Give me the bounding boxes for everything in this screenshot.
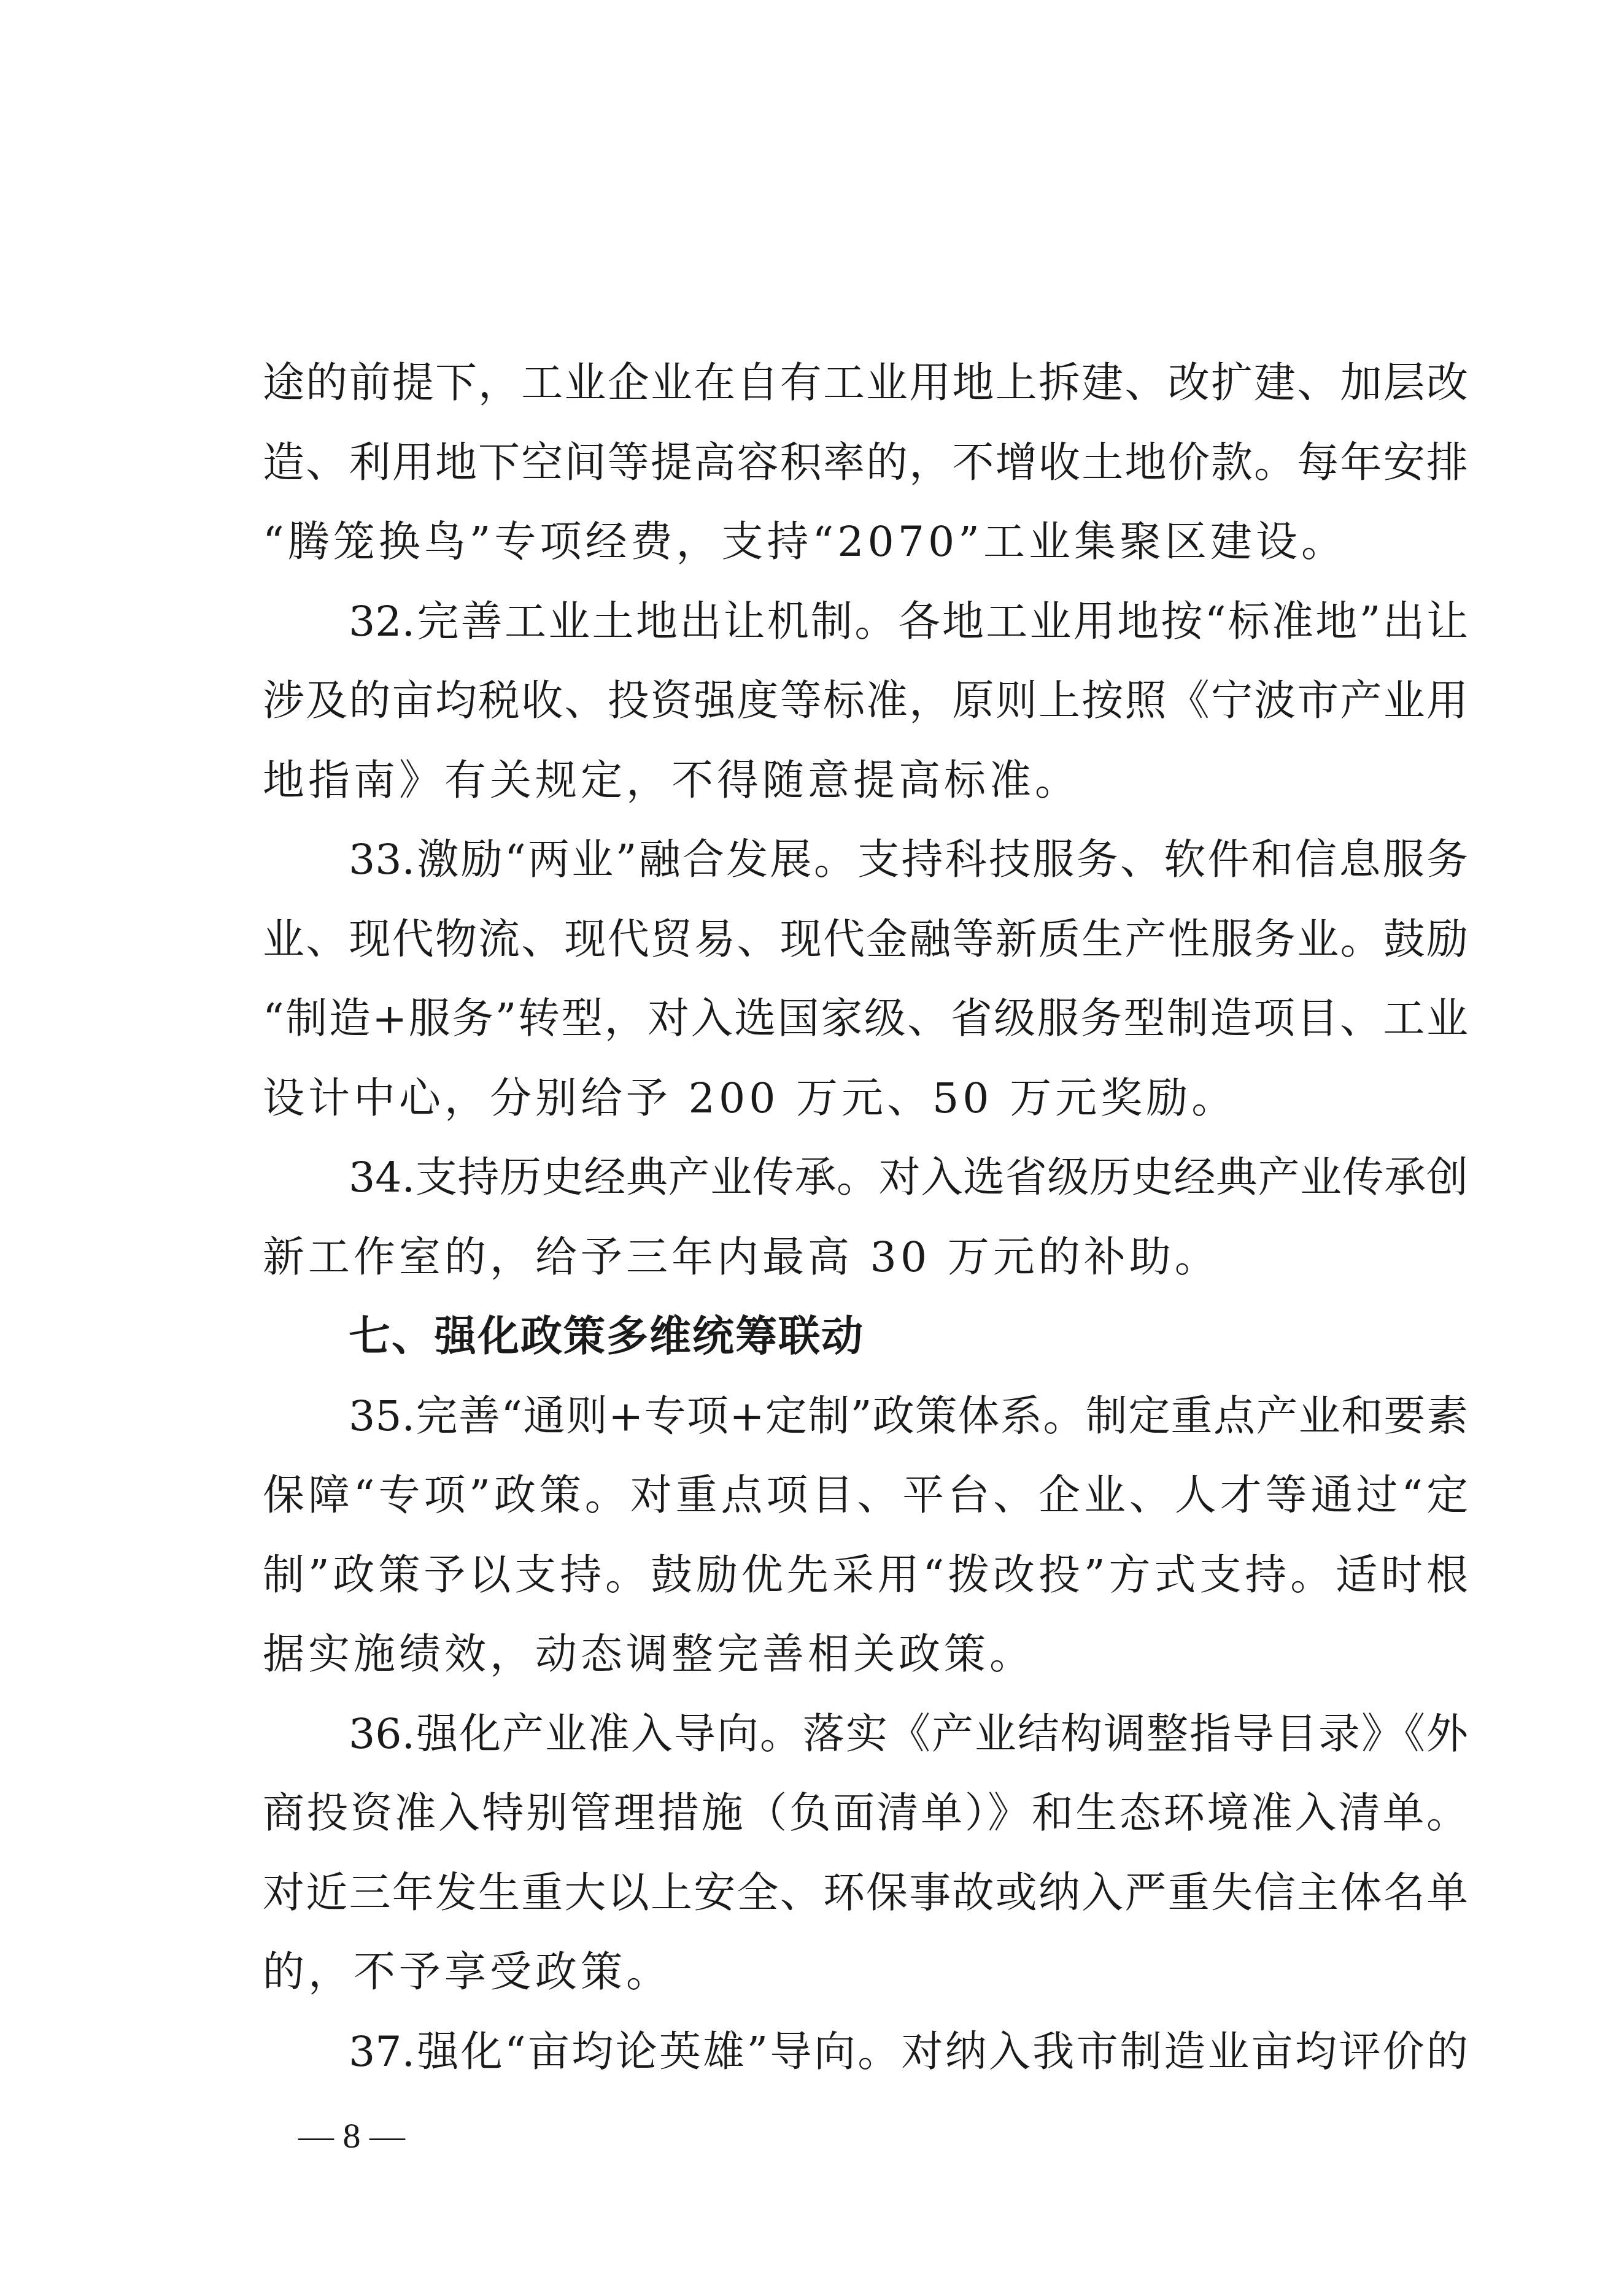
paragraph-31-line-3: “腾笼换鸟”专项经费，支持“2070”工业集聚区建设。 <box>263 510 1468 590</box>
paragraph-36-line-1: 36.强化产业准入导向。落实《产业结构调整指导目录》《外 <box>263 1702 1468 1782</box>
paragraph-32-line-1: 32.完善工业土地出让机制。各地工业用地按“标准地”出让 <box>263 590 1468 669</box>
paragraph-36-line-2: 商投资准入特别管理措施（负面清单）》和生态环境准入清单。 <box>263 1781 1468 1861</box>
document-page: 途的前提下，工业企业在自有工业用地上拆建、改扩建、加层改 造、利用地下空间等提高… <box>0 0 1624 2296</box>
document-body: 途的前提下，工业企业在自有工业用地上拆建、改扩建、加层改 造、利用地下空间等提高… <box>263 351 1468 2099</box>
paragraph-37-line-1: 37.强化“亩均论英雄”导向。对纳入我市制造业亩均评价的 <box>263 2020 1468 2100</box>
paragraph-31-line-2: 造、利用地下空间等提高容积率的，不增收土地价款。每年安排 <box>263 431 1468 510</box>
paragraph-35-line-3: 制”政策予以支持。鼓励优先采用“拨改投”方式支持。适时根 <box>263 1543 1468 1623</box>
paragraph-32-line-2: 涉及的亩均税收、投资强度等标准，原则上按照《宁波市产业用 <box>263 669 1468 749</box>
paragraph-36-line-4: 的，不予享受政策。 <box>263 1940 1468 2020</box>
paragraph-34-line-1: 34.支持历史经典产业传承。对入选省级历史经典产业传承创 <box>263 1146 1468 1225</box>
paragraph-36-line-3: 对近三年发生重大以上安全、环保事故或纳入严重失信主体名单 <box>263 1861 1468 1941</box>
paragraph-33-line-1: 33.激励“两业”融合发展。支持科技服务、软件和信息服务 <box>263 828 1468 907</box>
paragraph-31-line-1: 途的前提下，工业企业在自有工业用地上拆建、改扩建、加层改 <box>263 351 1468 431</box>
page-number: — 8 — <box>298 2114 405 2157</box>
paragraph-35-line-4: 据实施绩效，动态调整完善相关政策。 <box>263 1622 1468 1702</box>
paragraph-32-line-3: 地指南》有关规定，不得随意提高标准。 <box>263 749 1468 828</box>
paragraph-35-line-2: 保障“专项”政策。对重点项目、平台、企业、人才等通过“定 <box>263 1463 1468 1543</box>
paragraph-33-line-4: 设计中心，分别给予 200 万元、50 万元奖励。 <box>263 1066 1468 1146</box>
section-heading-7: 七、强化政策多维统筹联动 <box>263 1304 1468 1384</box>
paragraph-35-line-1: 35.完善“通则+专项+定制”政策体系。制定重点产业和要素 <box>263 1384 1468 1464</box>
paragraph-34-line-2: 新工作室的，给予三年内最高 30 万元的补助。 <box>263 1225 1468 1305</box>
paragraph-33-line-2: 业、现代物流、现代贸易、现代金融等新质生产性服务业。鼓励 <box>263 907 1468 987</box>
paragraph-33-line-3: “制造+服务”转型，对入选国家级、省级服务型制造项目、工业 <box>263 987 1468 1066</box>
